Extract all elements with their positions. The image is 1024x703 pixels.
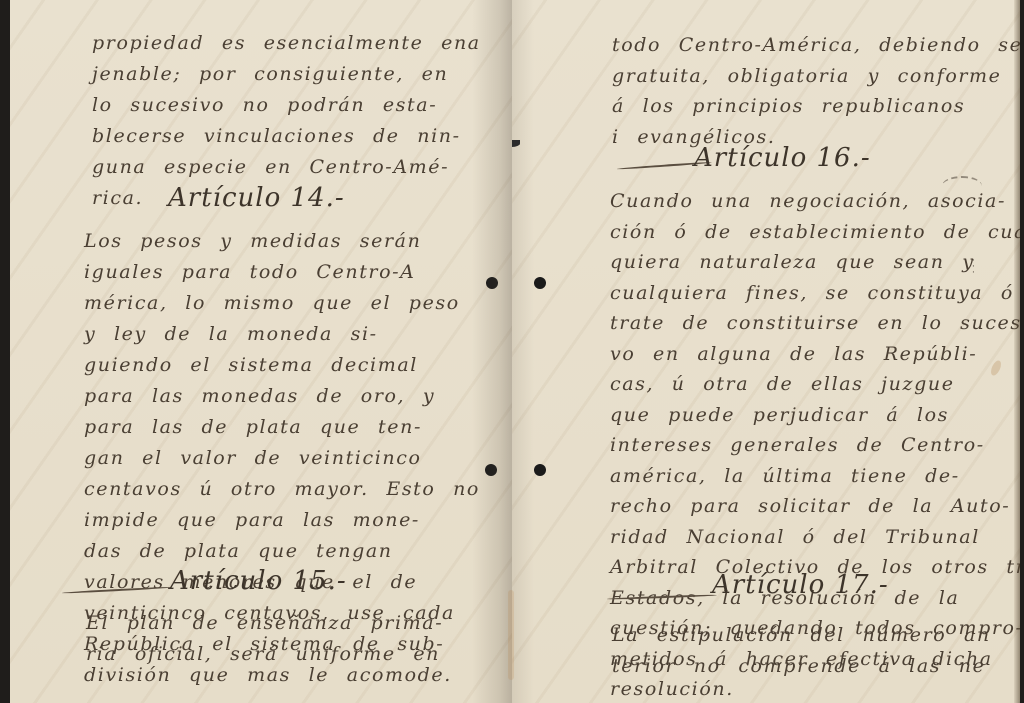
text-line: recho para solicitar de la Auto- bbox=[610, 491, 1020, 522]
binding-tack-icon bbox=[512, 140, 520, 147]
text-line: blecerse vinculaciones de nin- bbox=[92, 121, 481, 152]
article-15-heading: Artículo 15.- bbox=[170, 566, 347, 596]
punch-hole-icon bbox=[534, 464, 546, 476]
open-book-spread: propiedad es esencialmente ena jenable; … bbox=[10, 0, 1020, 703]
right-page-continuation: todo Centro-América, debiendo ser gratui… bbox=[612, 30, 1020, 152]
text-line: La estipulación del número an bbox=[612, 620, 991, 651]
text-line: para las de plata que ten- bbox=[84, 412, 480, 443]
text-line: centavos ú otro mayor. Esto no bbox=[84, 474, 480, 505]
text-line: gratuita, obligatoria y conforme bbox=[612, 61, 1020, 92]
text-line: terior no comprende á las ne bbox=[612, 651, 991, 682]
text-line: y ley de la moneda si- bbox=[84, 319, 480, 350]
text-line: todo Centro-América, debiendo ser bbox=[612, 30, 1020, 61]
punch-hole-icon bbox=[534, 277, 546, 289]
text-line: ción ó de establecimiento de cual bbox=[610, 217, 1020, 248]
article-17-body: La estipulación del número an terior no … bbox=[612, 620, 991, 681]
text-line: impide que para las mone- bbox=[84, 505, 480, 536]
text-line: á los principios republicanos bbox=[612, 91, 1020, 122]
article-16-heading: Artículo 16.- bbox=[694, 143, 871, 173]
left-page: propiedad es esencialmente ena jenable; … bbox=[10, 0, 512, 703]
text-line: mérica, lo mismo que el peso bbox=[84, 288, 480, 319]
fold-stain bbox=[508, 590, 514, 680]
margin-mark: ··· bbox=[972, 258, 975, 276]
text-line: lo sucesivo no podrán esta- bbox=[92, 90, 481, 121]
text-line: El plan de enseñanza prima- bbox=[86, 608, 443, 639]
text-line: cas, ú otra de ellas juzgue bbox=[610, 369, 1020, 400]
text-line: das de plata que tengan bbox=[84, 536, 480, 567]
text-line: vo en alguna de las Repúbli- bbox=[610, 339, 1020, 370]
punch-hole-icon bbox=[485, 464, 497, 476]
text-line: iguales para todo Centro-A bbox=[84, 257, 480, 288]
text-line: américa, la última tiene de- bbox=[610, 461, 1020, 492]
punch-hole-icon bbox=[486, 277, 498, 289]
text-line: guiendo el sistema decimal bbox=[84, 350, 480, 381]
article-17-heading: Artículo 17.- bbox=[712, 570, 889, 600]
text-line: ridad Nacional ó del Tribunal bbox=[610, 522, 1020, 553]
text-line: quiera naturaleza que sean y bbox=[610, 247, 1020, 278]
text-line: trate de constituirse en lo sucesi- bbox=[610, 308, 1020, 339]
text-line: ria oficial, será uniforme en bbox=[86, 639, 443, 670]
text-line: cualquiera fines, se constituya ó bbox=[610, 278, 1020, 309]
text-line: que puede perjudicar á los bbox=[610, 400, 1020, 431]
text-line: gan el valor de veinticinco bbox=[84, 443, 480, 474]
faded-stamp-mark bbox=[942, 176, 982, 196]
text-line: intereses generales de Centro- bbox=[610, 430, 1020, 461]
text-line: jenable; por consiguiente, en bbox=[92, 59, 481, 90]
article-15-body: El plan de enseñanza prima- ria oficial,… bbox=[86, 608, 443, 670]
text-line: guna especie en Centro-Amé- bbox=[92, 152, 481, 183]
text-line: para las monedas de oro, y bbox=[84, 381, 480, 412]
text-line: Los pesos y medidas serán bbox=[84, 226, 480, 257]
right-page: todo Centro-América, debiendo ser gratui… bbox=[512, 0, 1020, 703]
article-14-heading: Artículo 14.- bbox=[168, 183, 345, 213]
text-line: propiedad es esencialmente ena bbox=[92, 28, 481, 59]
